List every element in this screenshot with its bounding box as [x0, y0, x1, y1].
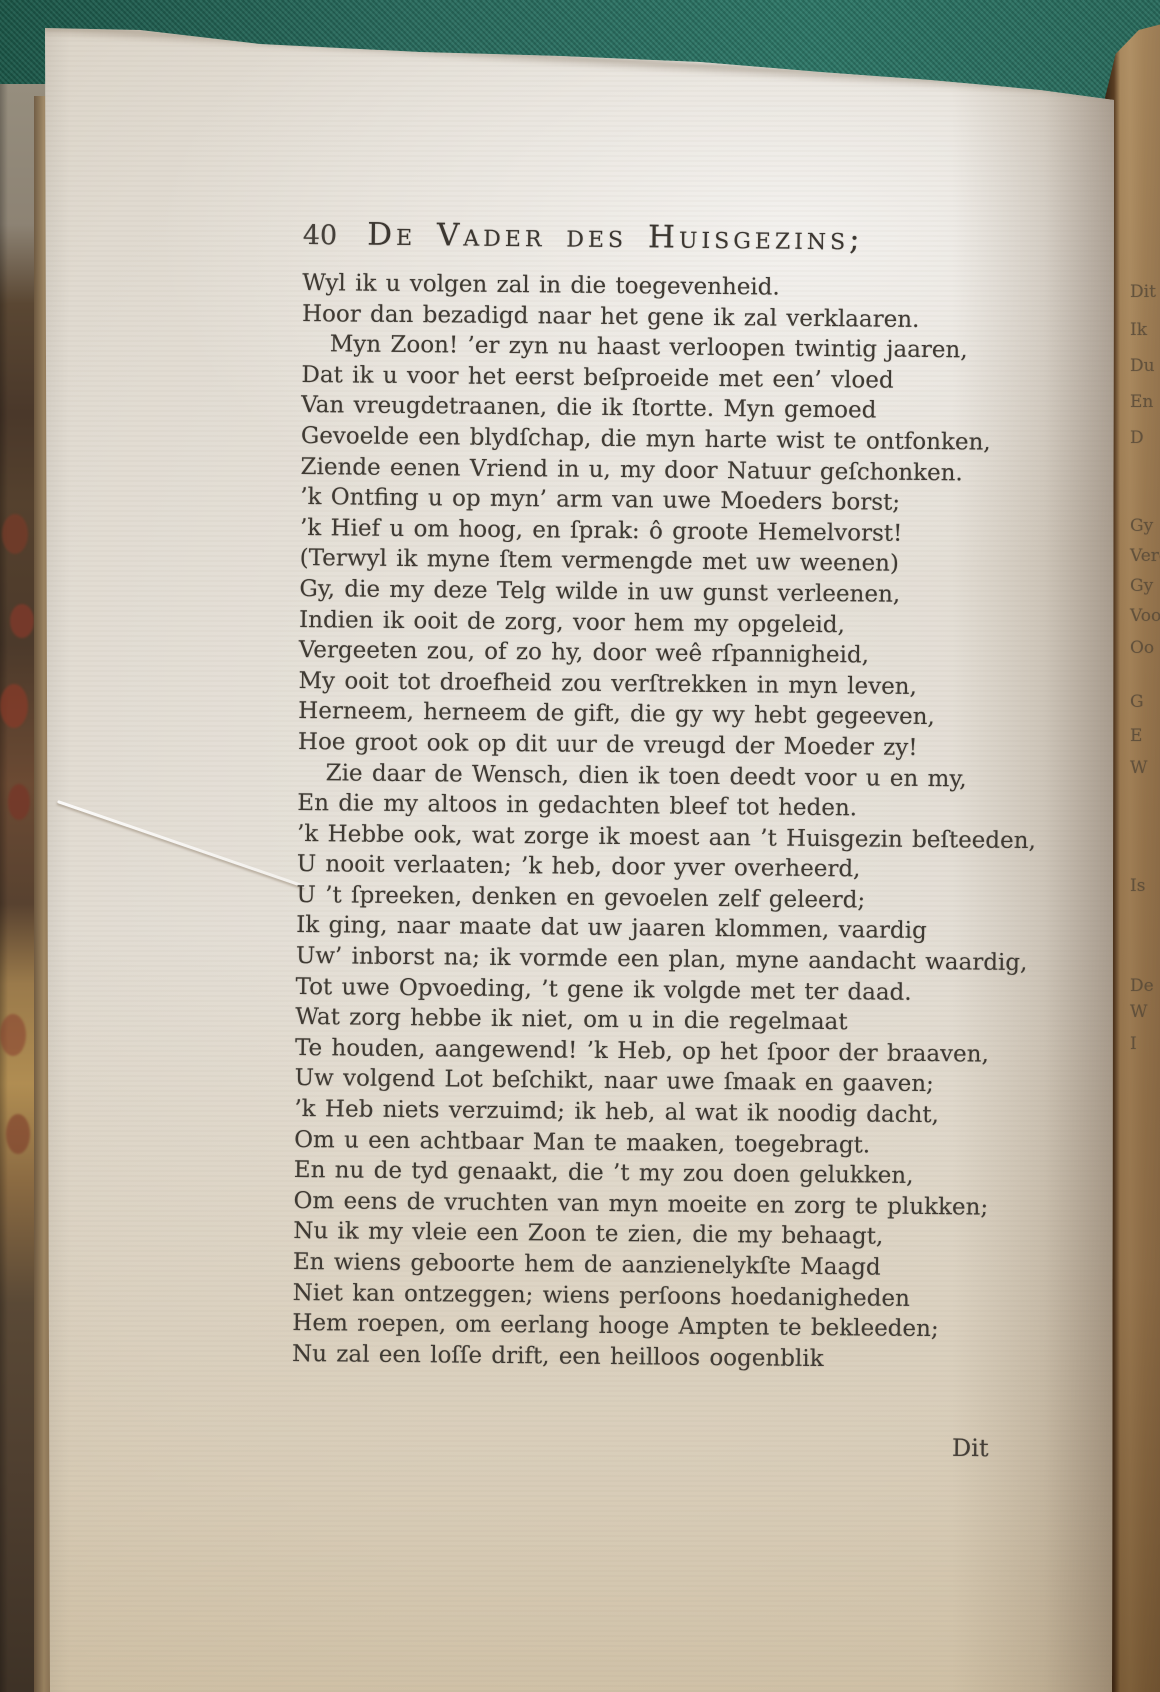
next-page-fragment: Du — [1130, 356, 1155, 376]
book-page: 40 De Vader des Huisgezins; Wyl ik u vol… — [0, 0, 1160, 1692]
running-title: De Vader des Huisgezins; — [367, 217, 864, 258]
next-page-fragment: Voo — [1130, 606, 1160, 626]
next-page-fragment: Oo — [1130, 638, 1154, 658]
page-number: 40 — [303, 220, 338, 251]
next-page-fragment: E — [1130, 726, 1142, 746]
next-page-fragment: Dit — [1130, 282, 1156, 302]
marble-blob — [0, 1014, 26, 1056]
next-page-fragment: Verg — [1130, 546, 1160, 566]
next-page-fragment: En — [1130, 392, 1153, 412]
marble-blob — [8, 784, 30, 820]
next-page-fragment: W — [1130, 758, 1147, 778]
next-page-fragment: W — [1130, 1002, 1147, 1022]
next-page-fragment: Gy — [1130, 576, 1153, 596]
marble-blob — [2, 514, 28, 554]
photo-of-book-page: { "photo": { "description_colors": { "fa… — [0, 0, 1160, 1692]
poem: Wyl ik u volgen zal in die toegevenheid.… — [292, 268, 993, 1376]
next-page-fragment: Ik — [1130, 320, 1147, 340]
next-page-fragment: Gy — [1130, 516, 1153, 536]
printed-text-block: 40 De Vader des Huisgezins; Wyl ik u vol… — [292, 216, 993, 1376]
next-page-fragment: G — [1130, 692, 1144, 712]
next-page-fragment: I — [1130, 1034, 1137, 1054]
marble-blob — [10, 604, 34, 638]
next-page-fragment: Is — [1130, 876, 1145, 896]
paper-crease — [57, 800, 306, 888]
next-page-fragment: D — [1130, 428, 1144, 448]
page-header: 40 De Vader des Huisgezins; — [303, 216, 993, 267]
next-page-fragment: De — [1130, 976, 1154, 996]
marble-blob — [6, 1114, 30, 1154]
marble-blob — [0, 684, 28, 728]
catchword: Dit — [952, 1434, 989, 1462]
